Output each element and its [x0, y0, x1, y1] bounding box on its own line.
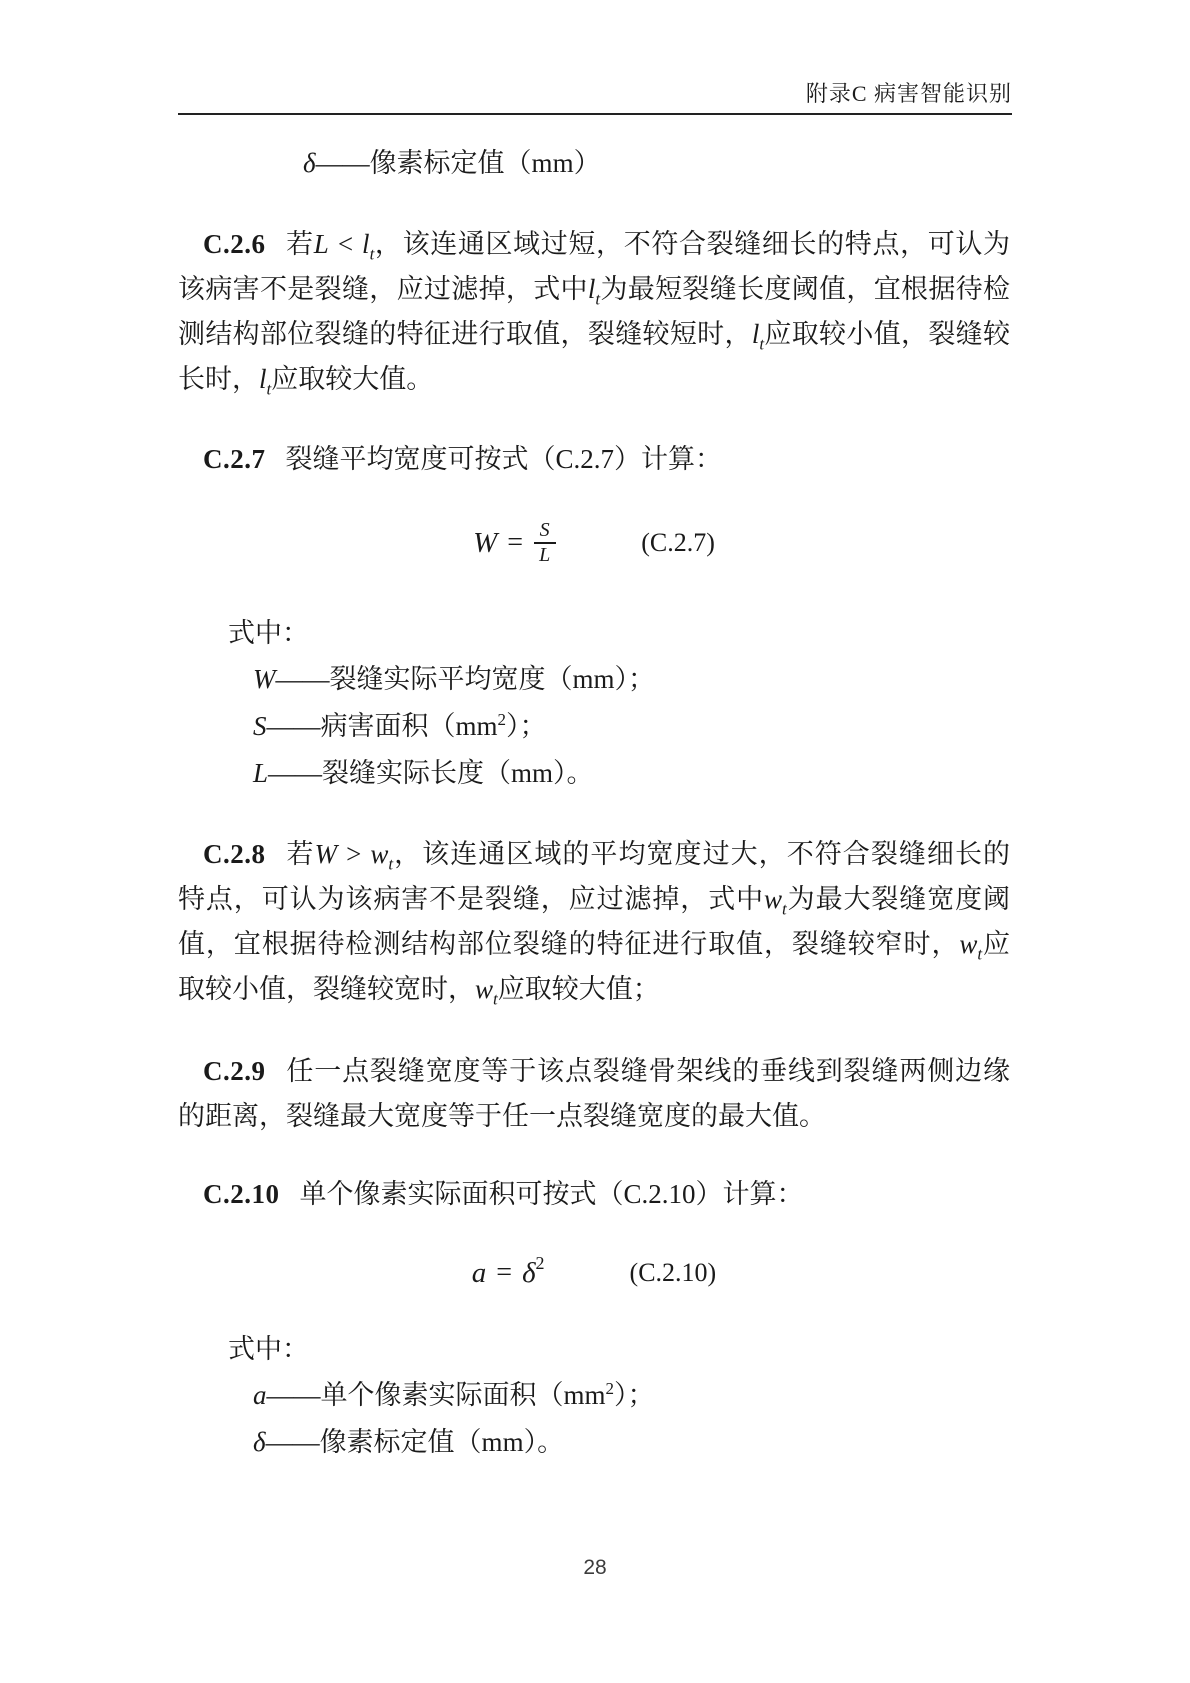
definition-W: W——裂缝实际平均宽度（mm）； — [178, 656, 1010, 703]
clause-c26: C.2.6若L<lt，该连通区域过短，不符合裂缝细长的特点，可认为该病害不是裂缝… — [178, 222, 1010, 402]
definition-text: 像素标定值（mm）。 — [320, 1427, 565, 1457]
where-label-1: 式中： — [178, 611, 1010, 656]
var-W: W — [473, 527, 497, 560]
var-L: L — [253, 758, 268, 788]
definition-a: a——单个像素实际面积（mm2）； — [178, 1372, 1010, 1419]
definition-dash: —— — [268, 758, 322, 788]
var-L: L — [314, 229, 329, 259]
where-label-2: 式中： — [178, 1327, 1010, 1372]
document-content: δ——像素标定值（mm） C.2.6若L<lt，该连通区域过短，不符合裂缝细长的… — [178, 141, 1010, 1466]
definition-L: L——裂缝实际长度（mm）。 — [178, 750, 1010, 797]
definition-text: 病害面积（mm — [321, 711, 498, 741]
equals-sign: = — [507, 527, 523, 559]
equals-sign: = — [496, 1257, 512, 1289]
var-l: l — [362, 229, 370, 259]
definition-dash: —— — [267, 711, 321, 741]
var-S: S — [253, 711, 267, 741]
clause-c27-text: 裂缝平均宽度可按式（C.2.7）计算： — [286, 444, 723, 474]
page-number: 28 — [0, 1556, 1190, 1580]
clause-c210-number: C.2.10 — [203, 1179, 280, 1209]
definition-delta-bottom: δ——像素标定值（mm）。 — [178, 1419, 1010, 1466]
formula-c27-label: (C.2.7) — [641, 528, 715, 558]
page-header: 附录C 病害智能识别 — [178, 0, 1012, 115]
clause-c28-text: 应取较大值； — [498, 974, 660, 1004]
clause-c210: C.2.10单个像素实际面积可按式（C.2.10）计算： — [178, 1172, 1010, 1217]
superscript-2: 2 — [606, 1379, 615, 1398]
definition-dash: —— — [266, 1427, 320, 1457]
clause-c26-text: 应取较大值。 — [271, 364, 433, 394]
definition-dash: —— — [267, 1380, 321, 1410]
clause-c26-text: 若 — [286, 229, 314, 259]
var-a: a — [472, 1257, 487, 1290]
fraction-denominator: L — [533, 544, 556, 567]
definition-text: 像素标定值（mm） — [370, 148, 601, 178]
definition-delta-top: δ——像素标定值（mm） — [178, 141, 1010, 186]
definition-dash: —— — [316, 148, 370, 178]
superscript-2: 2 — [498, 710, 507, 729]
formula-c27: W=SL (C.2.7) — [178, 507, 1010, 579]
definition-text: ）； — [614, 1380, 655, 1410]
equation-w-s-l: W=SL — [473, 519, 556, 567]
definition-dash: —— — [276, 664, 330, 694]
fraction-numerator: S — [534, 519, 556, 544]
fraction-s-over-l: SL — [533, 519, 556, 567]
formula-c210: a=δ2 (C.2.10) — [178, 1247, 1010, 1299]
definition-text: 单个像素实际面积（mm — [321, 1380, 606, 1410]
clause-c29-text: 任一点裂缝宽度等于该点裂缝骨架线的垂线到裂缝两侧边缘的距离，裂缝最大宽度等于任一… — [178, 1056, 1010, 1131]
var-w: w — [370, 839, 388, 869]
equation-a-delta: a=δ2 — [472, 1257, 545, 1290]
clause-c28-number: C.2.8 — [203, 839, 266, 869]
delta-symbol: δ — [253, 1427, 266, 1457]
var-w: w — [764, 884, 782, 914]
clause-c27-number: C.2.7 — [203, 444, 266, 474]
clause-c29: C.2.9任一点裂缝宽度等于该点裂缝骨架线的垂线到裂缝两侧边缘的距离，裂缝最大宽… — [178, 1049, 1010, 1139]
var-w: w — [475, 974, 493, 1004]
var-a: a — [253, 1380, 267, 1410]
header-title: 附录C 病害智能识别 — [178, 80, 1012, 108]
var-W: W — [253, 664, 276, 694]
var-W: W — [315, 839, 338, 869]
delta-symbol: δ — [303, 148, 316, 178]
clause-c29-number: C.2.9 — [203, 1056, 266, 1086]
clause-c210-text: 单个像素实际面积可按式（C.2.10）计算： — [300, 1179, 804, 1209]
clause-c27: C.2.7裂缝平均宽度可按式（C.2.7）计算： — [178, 437, 1010, 482]
definition-S: S——病害面积（mm2）； — [178, 703, 1010, 750]
definition-text: ）； — [506, 711, 547, 741]
delta-symbol: δ — [522, 1257, 535, 1290]
definition-text: 裂缝实际平均宽度（mm）； — [330, 664, 656, 694]
document-page: 附录C 病害智能识别 δ——像素标定值（mm） C.2.6若L<lt，该连通区域… — [0, 0, 1190, 1683]
var-l: l — [259, 364, 267, 394]
clause-c28-text: 若 — [286, 839, 315, 869]
clause-c28: C.2.8若W>wt，该连通区域的平均宽度过大，不符合裂缝细长的特点，可认为该病… — [178, 832, 1010, 1012]
var-w: w — [959, 929, 977, 959]
less-than-sign: < — [338, 229, 353, 259]
clause-c26-number: C.2.6 — [203, 229, 266, 259]
greater-than-sign: > — [346, 839, 361, 869]
formula-c210-label: (C.2.10) — [630, 1258, 717, 1288]
header-rule — [178, 113, 1012, 115]
definition-text: 裂缝实际长度（mm）。 — [322, 758, 594, 788]
